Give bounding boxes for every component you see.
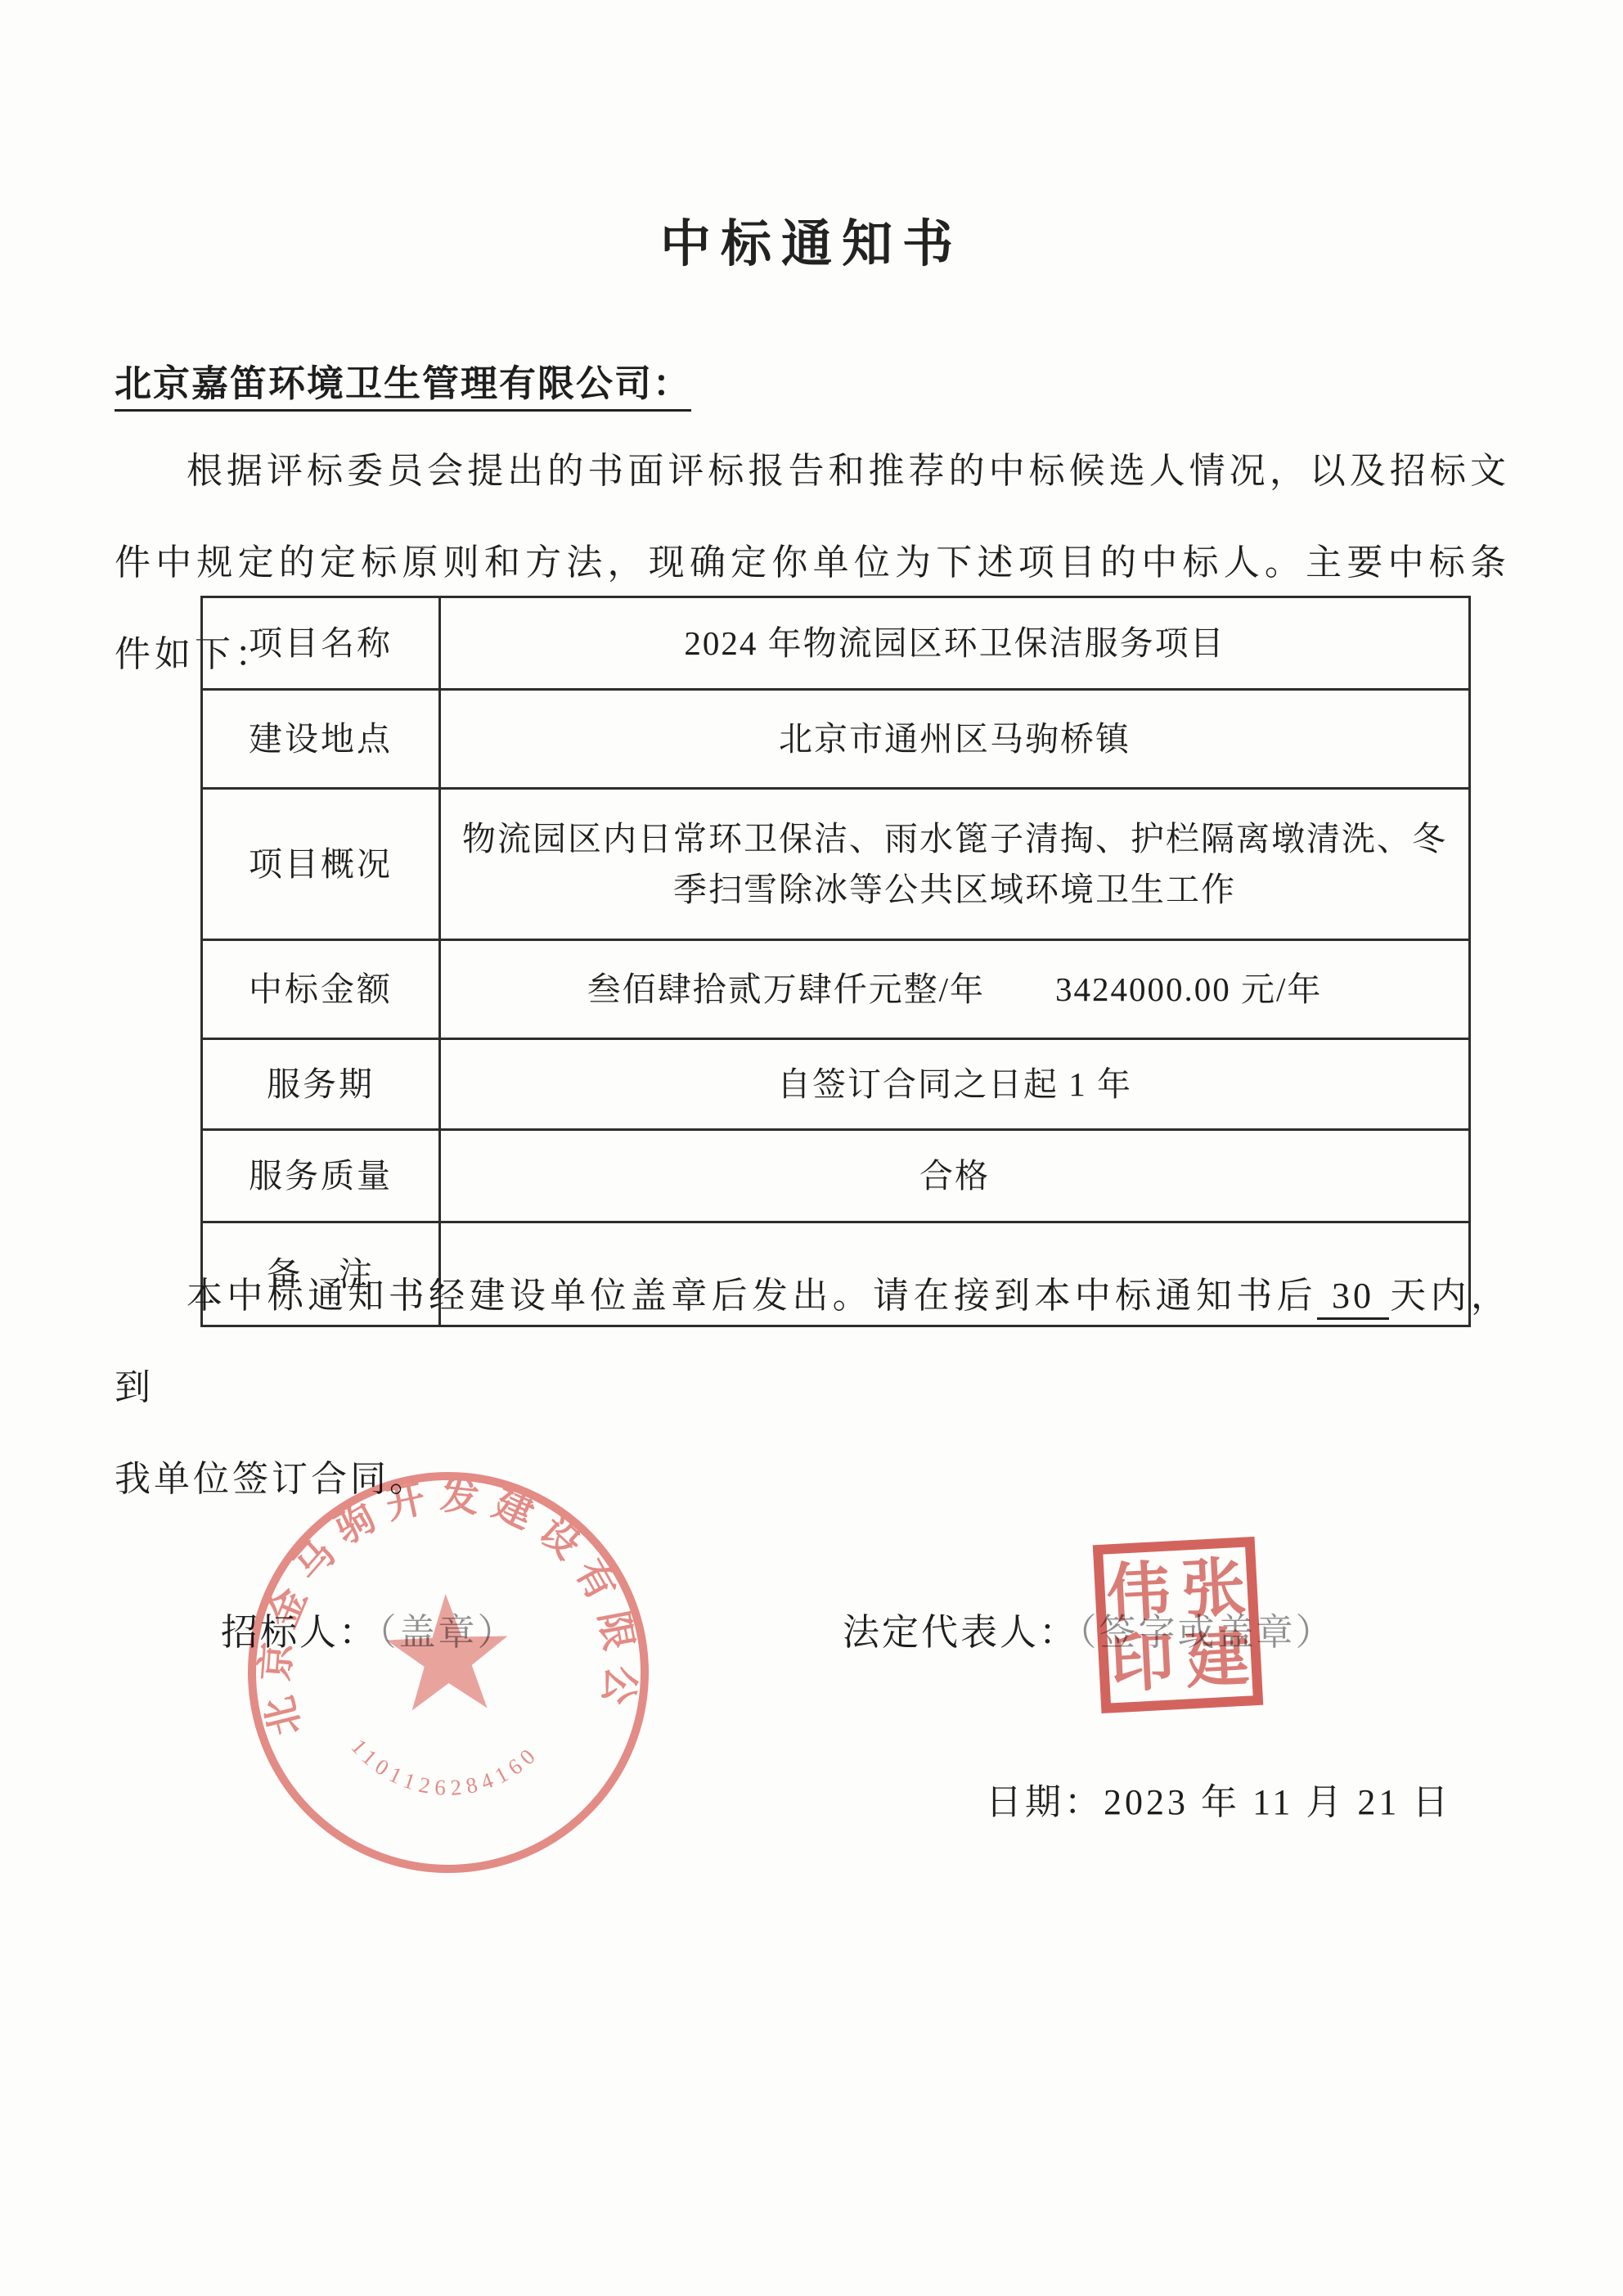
seal-char-bottom-right: 建 bbox=[1184, 1622, 1251, 1696]
table-row: 项目名称 2024 年物流园区环卫保洁服务项目 bbox=[202, 597, 1470, 690]
seal-char-top-left: 伟 bbox=[1105, 1555, 1172, 1630]
row-label: 中标金额 bbox=[202, 940, 440, 1039]
company-round-stamp-icon: 北京金马驹开发建设有限公司 1101126284160 bbox=[230, 1454, 667, 1891]
row-value: 自签订合同之日起 1 年 bbox=[440, 1039, 1470, 1130]
document-page: 中标通知书 北京嘉笛环境卫生管理有限公司： 根据评标委员会提出的书面评标报告和推… bbox=[0, 0, 1623, 2296]
closing-line1-pre: 本中标通知书经建设单位盖章后发出。请在接到本中标通知书后 bbox=[187, 1276, 1317, 1316]
svg-text:北京金马驹开发建设有限公司: 北京金马驹开发建设有限公司 bbox=[230, 1454, 644, 1741]
award-details-table: 项目名称 2024 年物流园区环卫保洁服务项目 建设地点 北京市通州区马驹桥镇 … bbox=[200, 596, 1471, 1327]
row-value: 北京市通州区马驹桥镇 bbox=[440, 690, 1470, 789]
row-value: 叁佰肆拾贰万肆仟元整/年 3424000.00 元/年 bbox=[440, 940, 1470, 1039]
row-value: 物流园区内日常环卫保洁、雨水篦子清掏、护栏隔离墩清洗、冬季扫雪除冰等公共区域环境… bbox=[440, 789, 1470, 940]
row-label: 项目名称 bbox=[202, 597, 440, 690]
personal-square-stamp-icon: 张 伟 建 印 bbox=[1088, 1533, 1267, 1718]
table-row: 项目概况 物流园区内日常环卫保洁、雨水篦子清掏、护栏隔离墩清洗、冬季扫雪除冰等公… bbox=[202, 789, 1470, 940]
row-label: 项目概况 bbox=[202, 789, 440, 940]
recipient-name: 北京嘉笛环境卫生管理有限公司： bbox=[115, 353, 691, 407]
legal-rep-label: 法定代表人： bbox=[843, 1612, 1078, 1653]
svg-text:1101126284160: 1101126284160 bbox=[346, 1728, 546, 1804]
date-line: 日期：2023 年 11 月 21 日 bbox=[986, 1772, 1451, 1825]
table-row: 服务期 自签订合同之日起 1 年 bbox=[202, 1039, 1470, 1130]
row-label: 服务期 bbox=[202, 1039, 440, 1130]
row-value: 合格 bbox=[440, 1130, 1470, 1222]
closing-days-underline: 30 bbox=[1317, 1276, 1389, 1320]
row-label: 服务质量 bbox=[202, 1130, 440, 1222]
document-title: 中标通知书 bbox=[0, 203, 1623, 276]
table-row: 服务质量 合格 bbox=[202, 1130, 1470, 1222]
seal-char-top-right: 张 bbox=[1180, 1551, 1248, 1626]
table-row: 建设地点 北京市通州区马驹桥镇 bbox=[202, 690, 1470, 789]
stamp-company-text: 北京金马驹开发建设有限公司 bbox=[230, 1454, 644, 1741]
row-label: 建设地点 bbox=[202, 690, 440, 789]
star-icon bbox=[385, 1591, 510, 1711]
closing-line1: 本中标通知书经建设单位盖章后发出。请在接到本中标通知书后30天内，到 bbox=[115, 1250, 1510, 1434]
table-row: 中标金额 叁佰肆拾贰万肆仟元整/年 3424000.00 元/年 bbox=[202, 940, 1470, 1039]
recipient-name-text: 北京嘉笛环境卫生管理有限公司： bbox=[115, 363, 691, 412]
seal-char-bottom-left: 印 bbox=[1108, 1626, 1176, 1700]
stamp-number-text: 1101126284160 bbox=[346, 1728, 546, 1804]
row-value: 2024 年物流园区环卫保洁服务项目 bbox=[440, 597, 1470, 690]
